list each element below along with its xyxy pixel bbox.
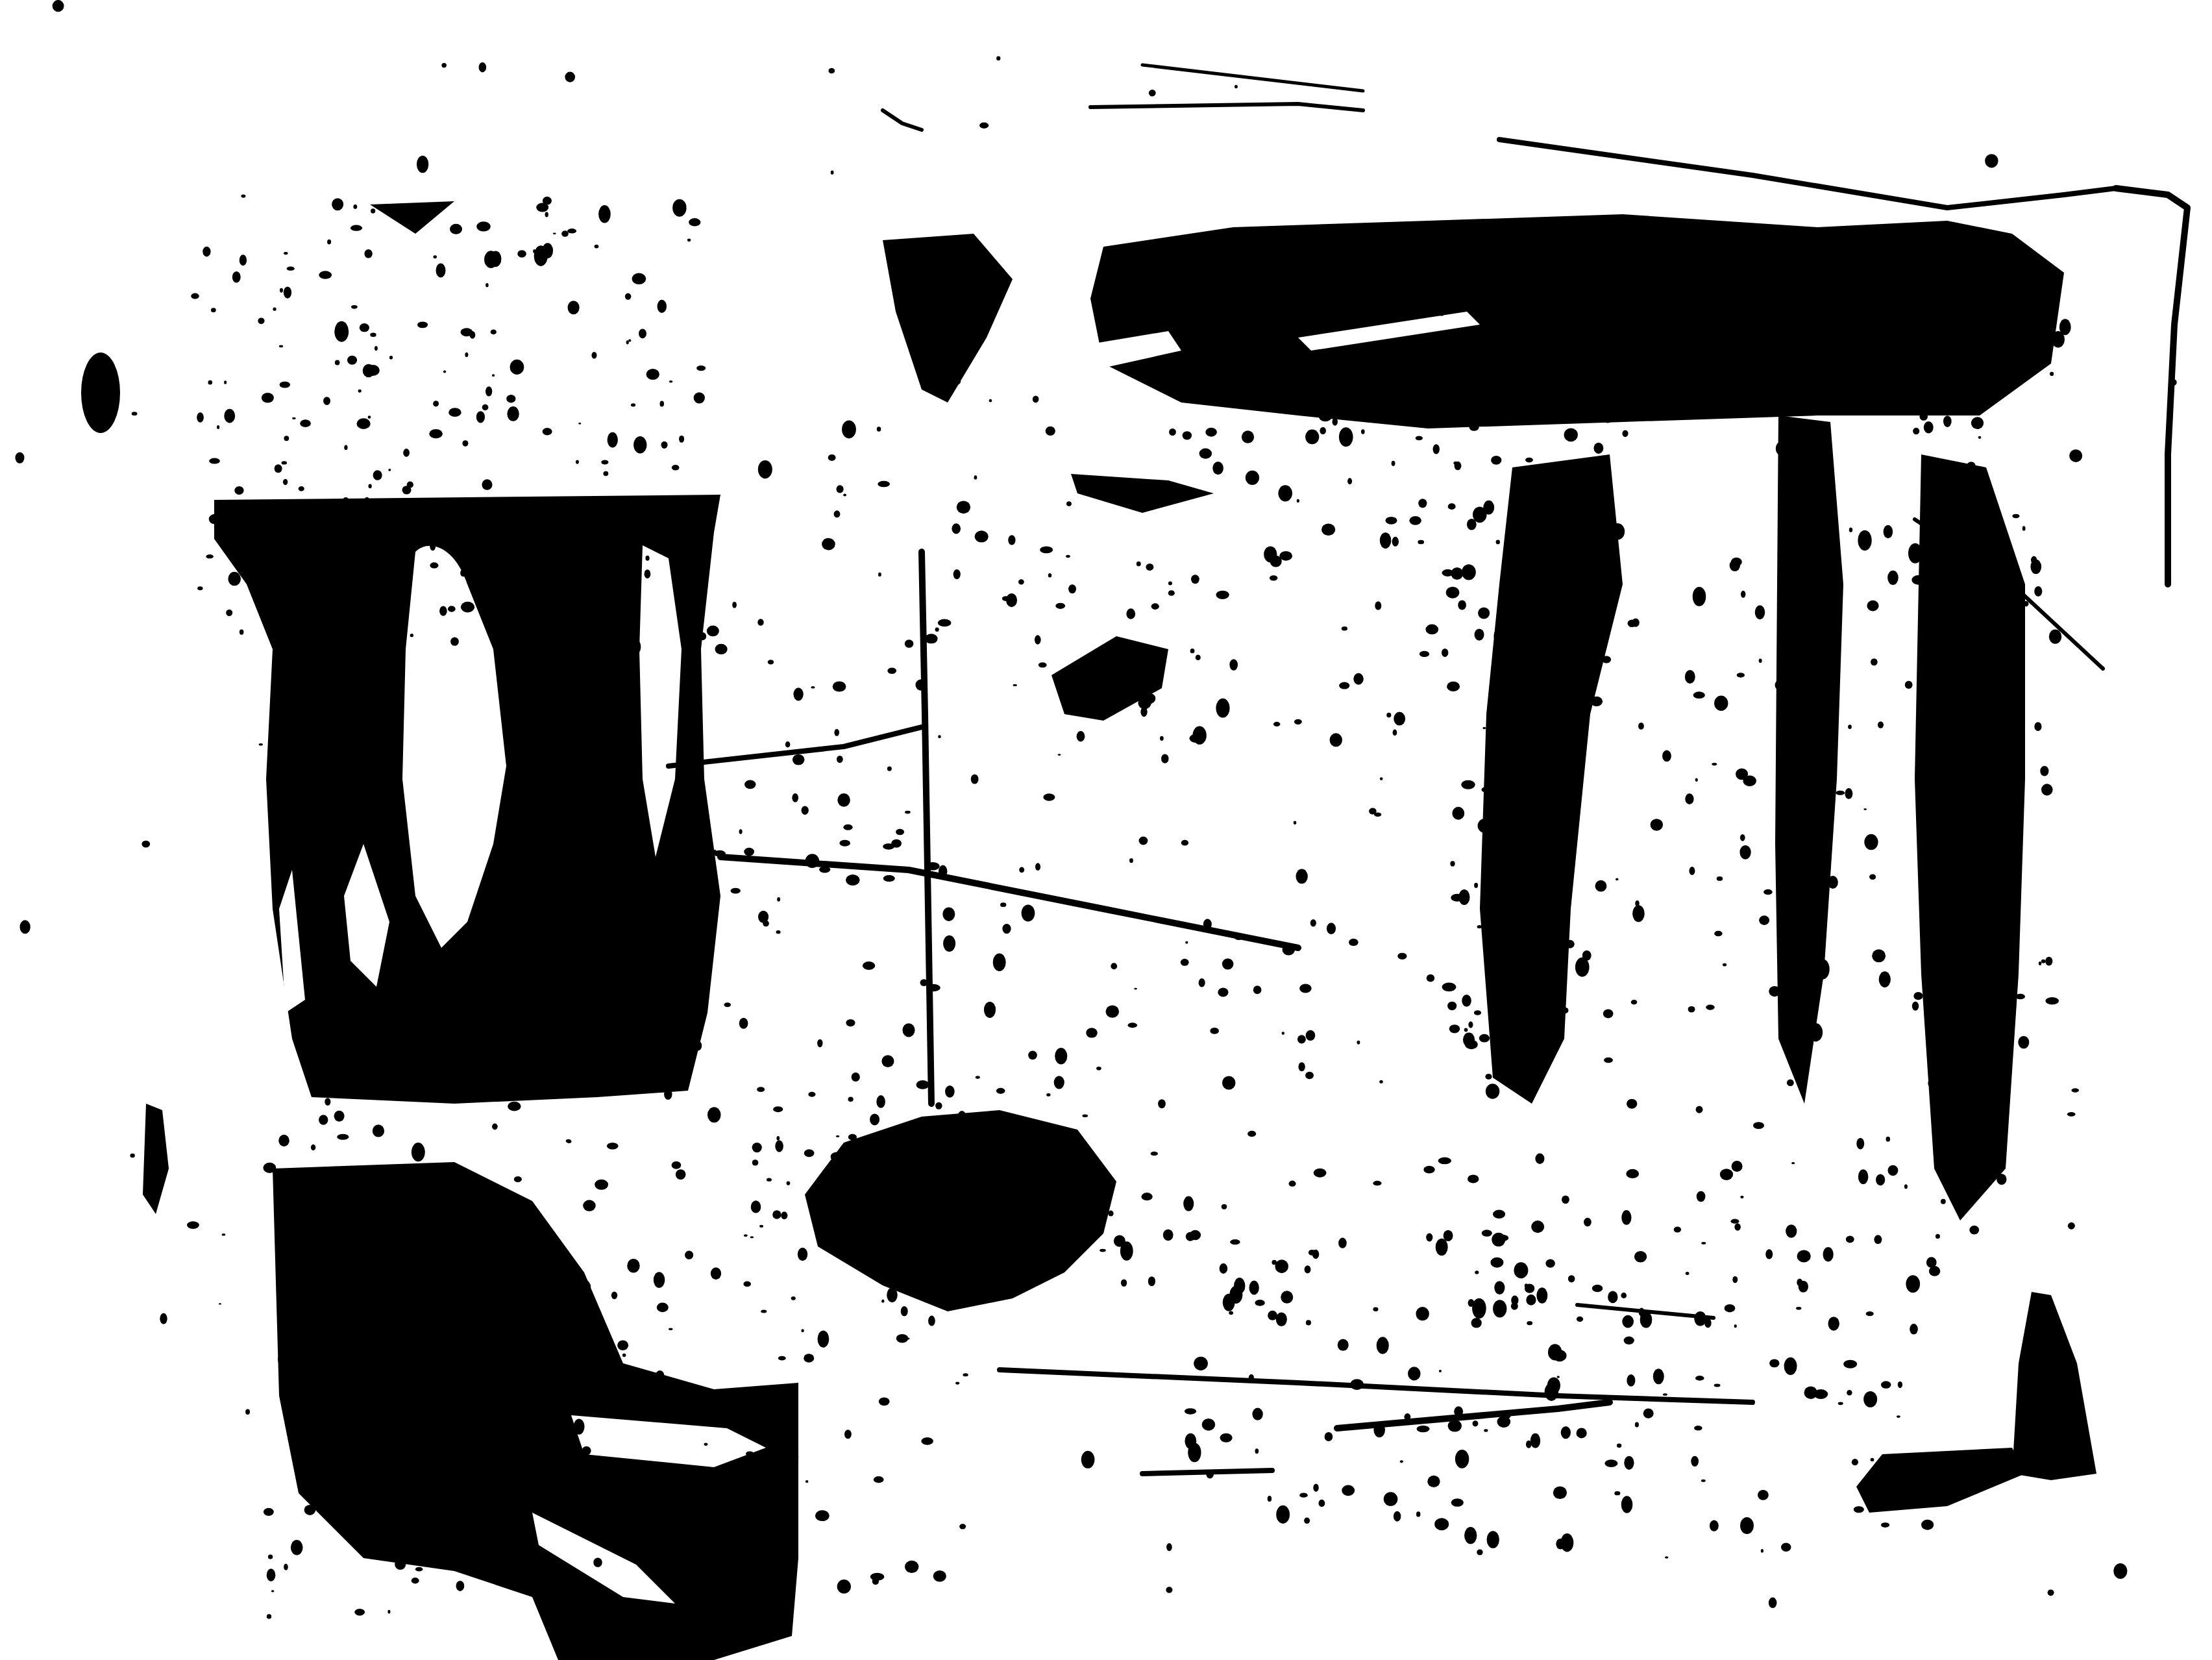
grunge-ink-texture	[0, 0, 2212, 1660]
left-ink-block	[214, 495, 720, 1104]
top-right-ink-band	[1051, 214, 2064, 428]
